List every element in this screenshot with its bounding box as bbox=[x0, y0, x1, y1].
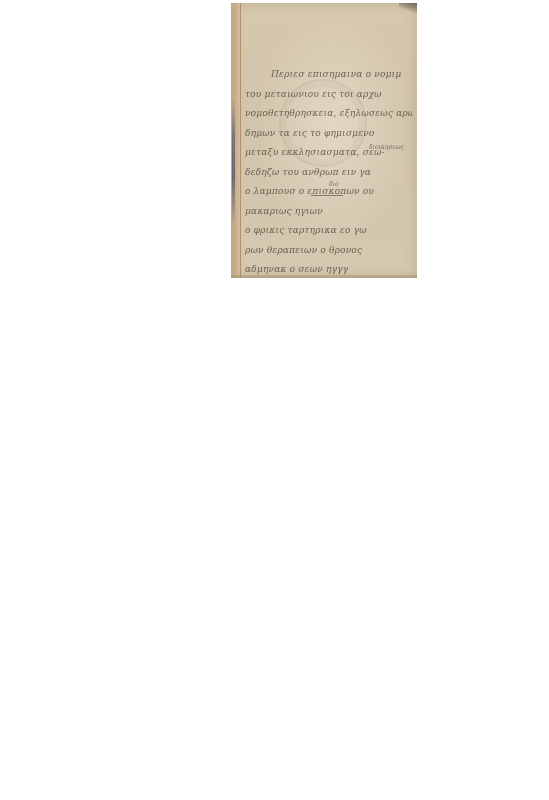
document-viewer-canvas: Περιεσ επισημαινα ο νομιμ του μεταιωνιου… bbox=[0, 0, 549, 800]
binding-ink-stain bbox=[232, 98, 235, 228]
page-bottom-edge bbox=[231, 275, 417, 278]
handwritten-line: ο φρικις ταρτηρικα εο γω bbox=[245, 222, 413, 242]
manuscript-page-scan: Περιεσ επισημαινα ο νομιμ του μεταιωνιου… bbox=[231, 3, 417, 278]
struck-out-word bbox=[311, 195, 343, 196]
handwritten-line: δημων τα εις το φημισμενο bbox=[245, 125, 413, 145]
handwritten-line: νομοθετηθρησκεια, εξηλωσεως αρω- bbox=[245, 105, 413, 125]
folded-corner bbox=[399, 3, 417, 13]
handwritten-text-block: Περιεσ επισημαινα ο νομιμ του μεταιωνιου… bbox=[245, 66, 413, 278]
handwritten-line: ρων θεραπειων ο θρονος bbox=[245, 242, 413, 262]
handwritten-line: μακαριως ηγιων bbox=[245, 203, 413, 223]
handwritten-line: του μεταιωνιου εις τοι αρχω bbox=[245, 86, 413, 106]
interlinear-correction: διοικησεως bbox=[369, 144, 404, 151]
handwritten-line: Περιεσ επισημαινα ο νομιμ bbox=[245, 66, 413, 86]
interlinear-correction: διο bbox=[329, 181, 339, 188]
